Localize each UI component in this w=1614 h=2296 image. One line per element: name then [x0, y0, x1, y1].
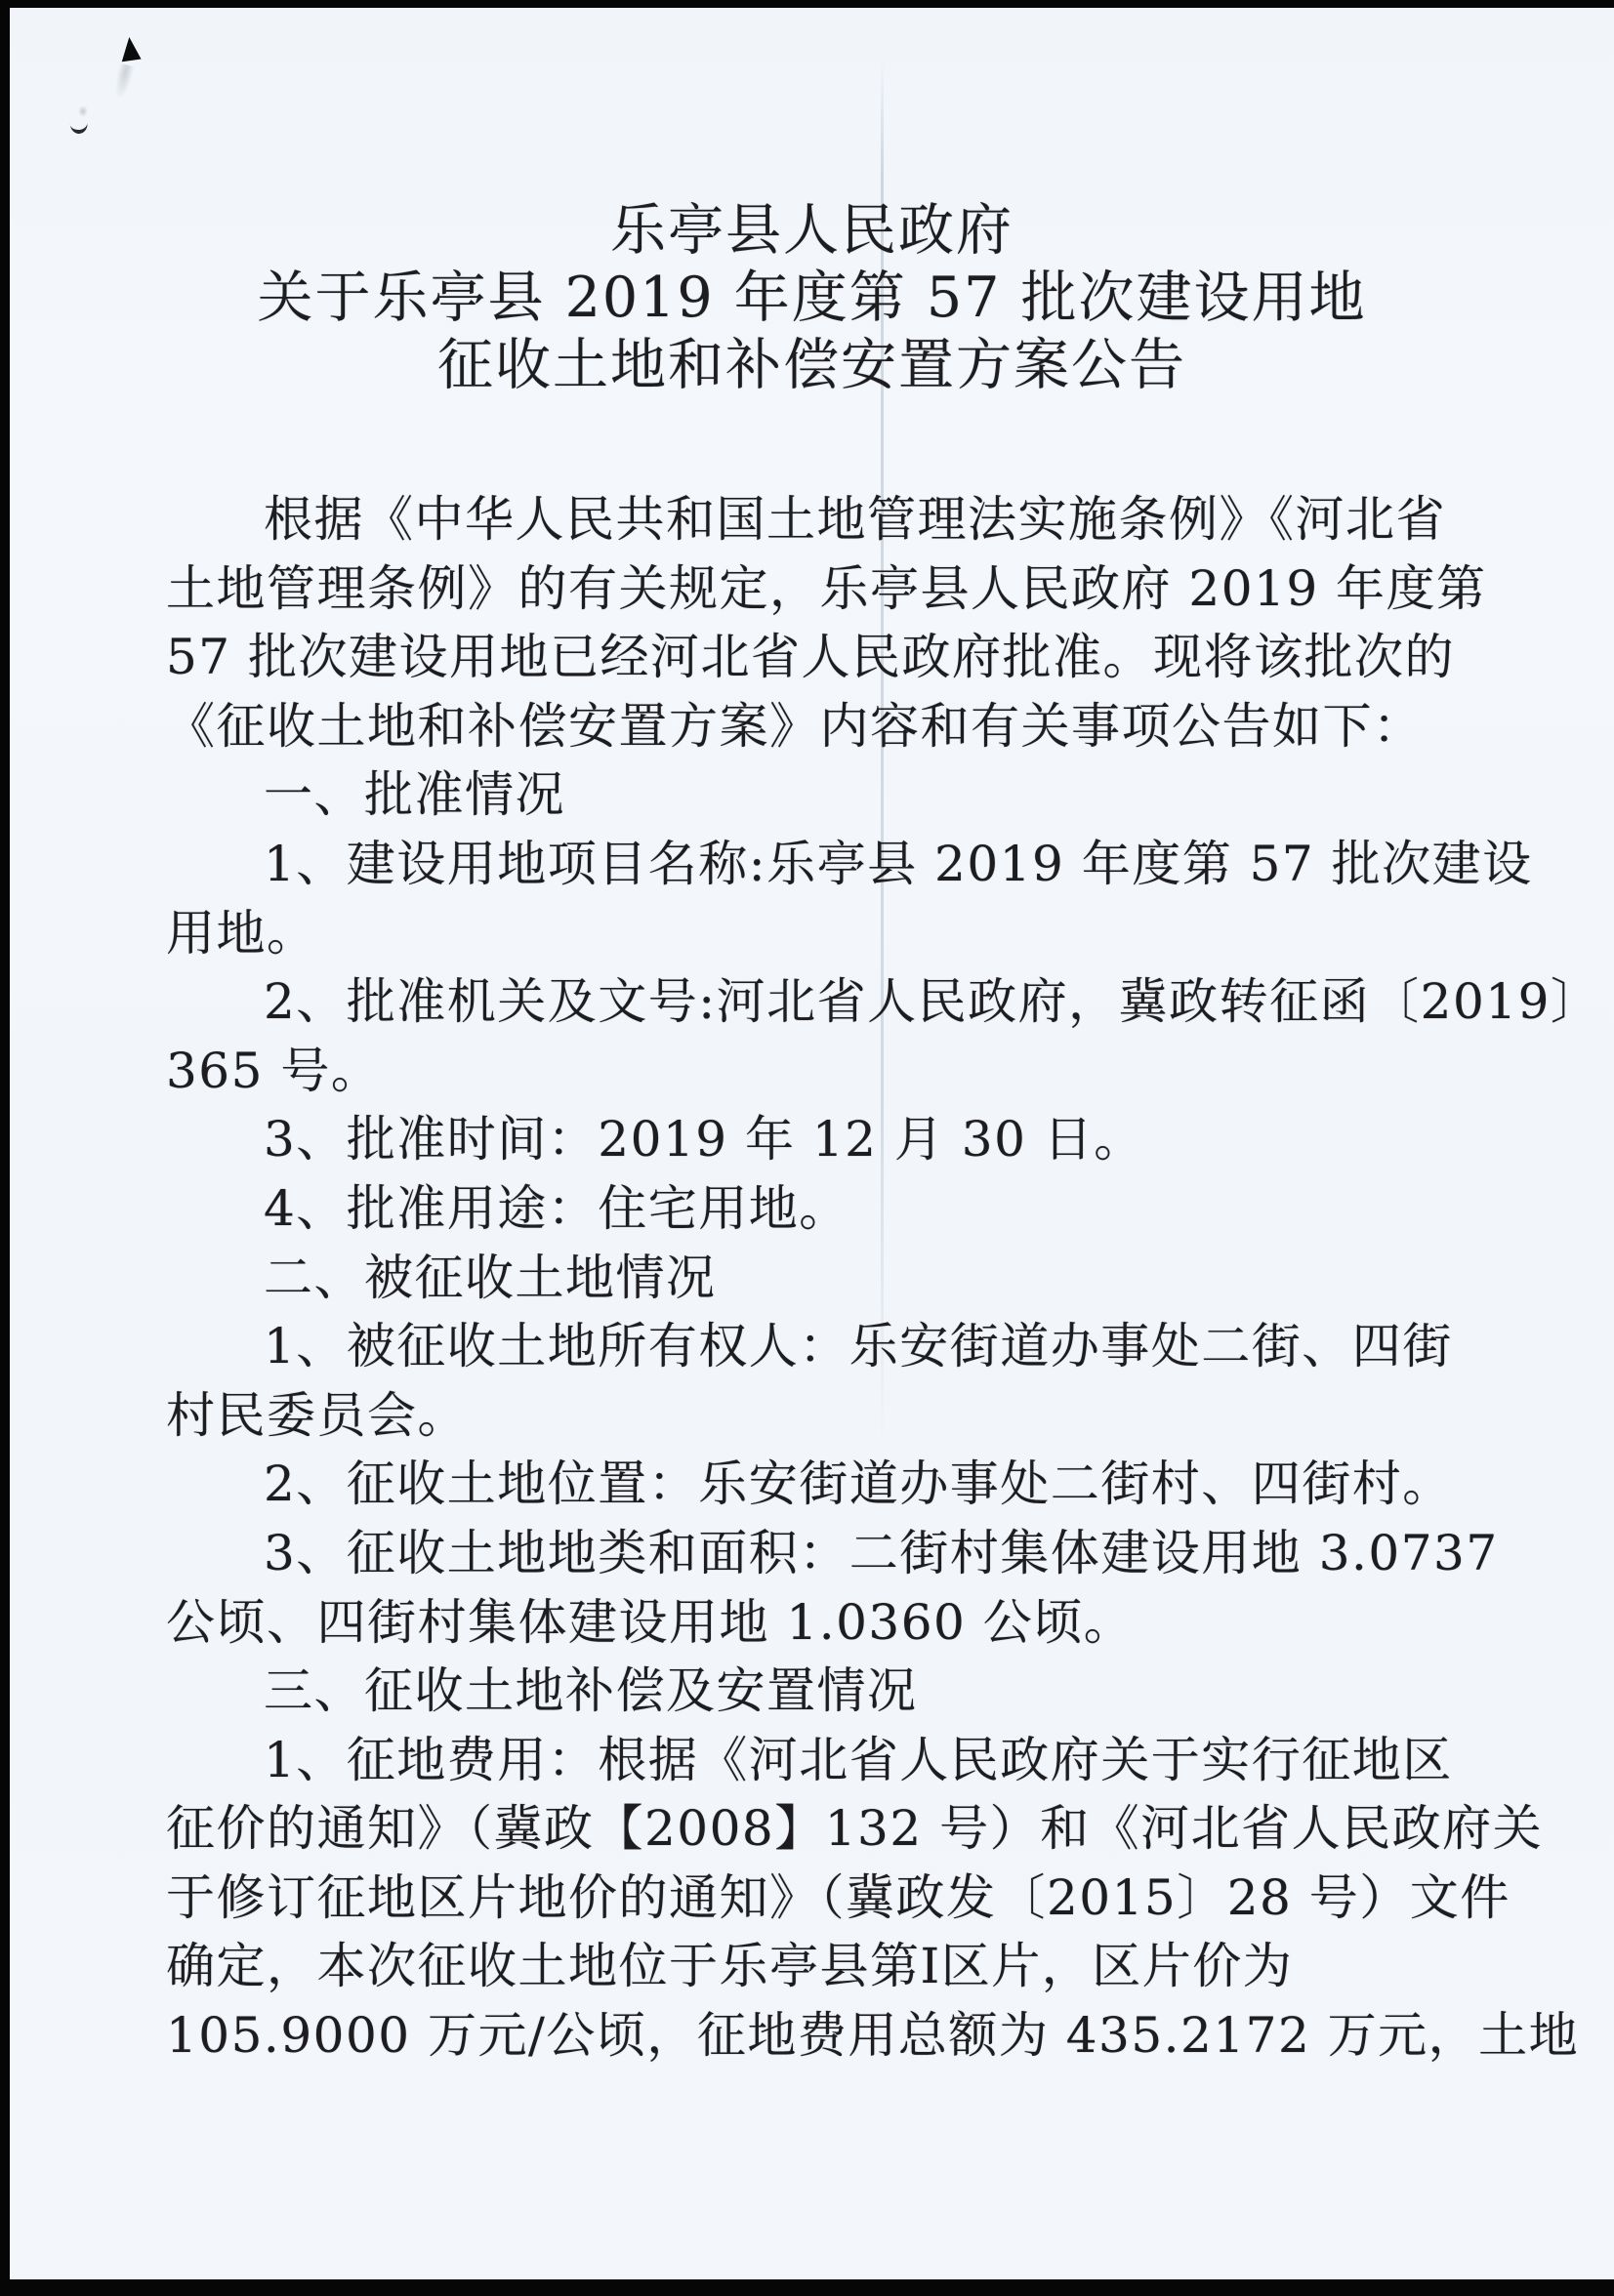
- body-line: 3、征收土地地类和面积：二街村集体建设用地 3.0737: [166, 1519, 1426, 1588]
- document-body-text: 根据《中华人民共和国土地管理法实施条例》《河北省土地管理条例》的有关规定，乐亭县…: [166, 485, 1426, 2070]
- body-line: 村民委员会。: [166, 1381, 1426, 1451]
- body-line: 1、被征收土地所有权人：乐安街道办事处二街、四街: [166, 1312, 1426, 1381]
- ink-squiggle-mark: [69, 120, 88, 135]
- body-line: 1、建设用地项目名称:乐亭县 2019 年度第 57 批次建设: [166, 830, 1426, 899]
- body-line: 于修订征地区片地价的通知》（冀政发〔2015〕28 号）文件: [166, 1864, 1426, 1933]
- body-line: 三、征收土地补偿及安置情况: [166, 1657, 1426, 1726]
- body-line: 2、征收土地位置：乐安街道办事处二街村、四街村。: [166, 1450, 1426, 1519]
- body-line: 4、批准用途：住宅用地。: [166, 1174, 1426, 1244]
- ink-smudge: [111, 63, 135, 102]
- scanned-document-screenshot: { "document": { "kind": "government-anno…: [0, 0, 1614, 2296]
- document-title-line-1: 乐亭县人民政府: [10, 197, 1614, 265]
- document-title-line-3: 征收土地和补偿安置方案公告: [10, 332, 1614, 399]
- document-page: 乐亭县人民政府 关于乐亭县 2019 年度第 57 批次建设用地 征收土地和补偿…: [10, 8, 1614, 2279]
- body-line: 用地。: [166, 899, 1426, 968]
- scanner-border-bottom: [0, 2279, 1614, 2296]
- body-line: 确定，本次征收土地位于乐亭县第Ⅰ区片，区片价为: [166, 1932, 1426, 2001]
- document-title-block: 乐亭县人民政府 关于乐亭县 2019 年度第 57 批次建设用地 征收土地和补偿…: [10, 197, 1614, 399]
- body-line: 2、批准机关及文号:河北省人民政府，冀政转征函〔2019〕: [166, 967, 1426, 1037]
- body-line: 57 批次建设用地已经河北省人民政府批准。现将该批次的: [166, 623, 1426, 692]
- body-line: 1、征地费用：根据《河北省人民政府关于实行征地区: [166, 1726, 1426, 1795]
- body-line: 3、批准时间：2019 年 12 月 30 日。: [166, 1105, 1426, 1174]
- document-title-line-2: 关于乐亭县 2019 年度第 57 批次建设用地: [10, 265, 1614, 332]
- body-line: 365 号。: [166, 1037, 1426, 1106]
- body-line: 一、批准情况: [166, 760, 1426, 830]
- body-line: 105.9000 万元/公顷，征地费用总额为 435.2172 万元，土地: [166, 2001, 1426, 2070]
- ink-speck: [78, 105, 88, 117]
- scanner-border-left: [0, 0, 10, 2296]
- body-line: 征价的通知》（冀政【2008】132 号）和《河北省人民政府关: [166, 1794, 1426, 1864]
- ink-triangle-mark: [118, 36, 141, 62]
- body-line: 《征收土地和补偿安置方案》内容和有关事项公告如下：: [166, 692, 1426, 761]
- scanner-border-top: [0, 0, 1614, 8]
- body-line: 根据《中华人民共和国土地管理法实施条例》《河北省: [166, 485, 1426, 554]
- body-line: 二、被征收土地情况: [166, 1244, 1426, 1313]
- body-line: 公顷、四街村集体建设用地 1.0360 公顷。: [166, 1588, 1426, 1658]
- body-line: 土地管理条例》的有关规定，乐亭县人民政府 2019 年度第: [166, 554, 1426, 624]
